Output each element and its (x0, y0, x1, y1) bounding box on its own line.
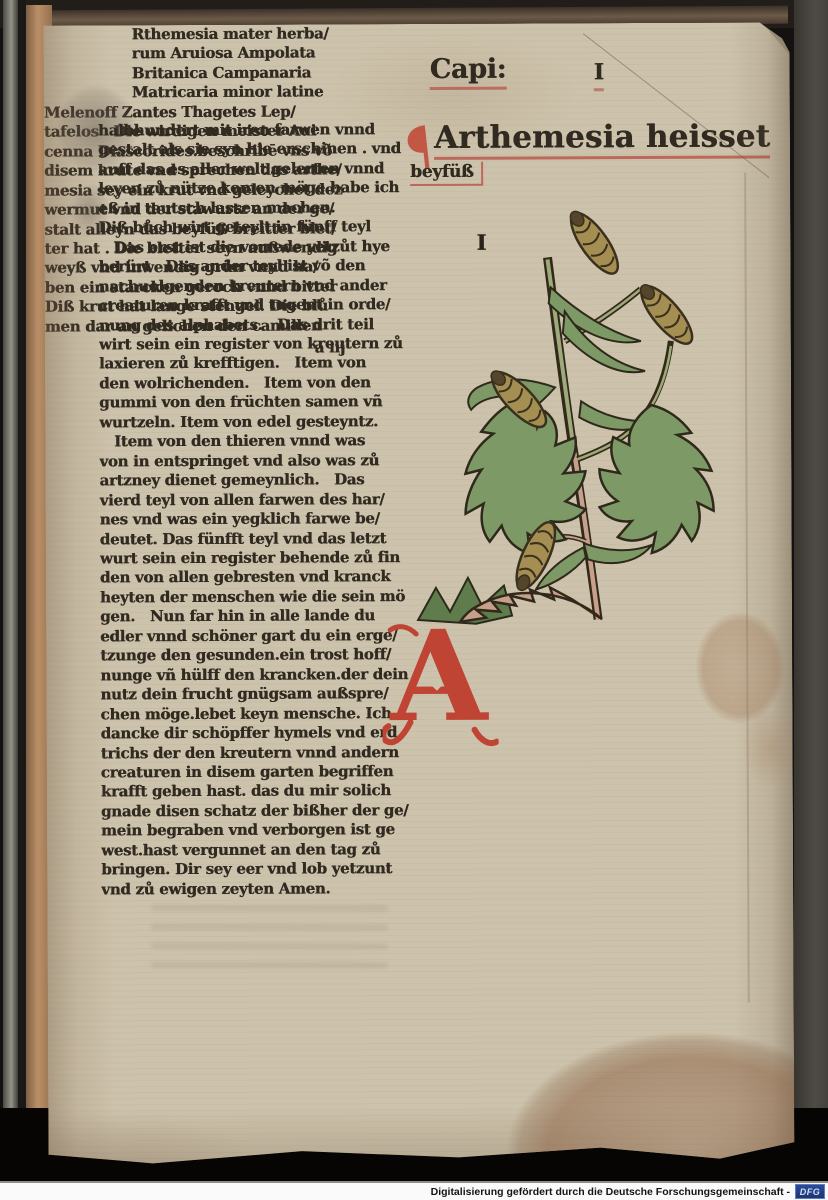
illuminated-initial: A (382, 582, 499, 761)
artemisia-woodcut: I (414, 190, 766, 626)
book-scan: Capi: I Arthemesia heisset beyfüß halbhu… (0, 0, 828, 1200)
chapter-title: Arthemesia heisset (434, 118, 770, 159)
woodcut-figure-number: I (476, 230, 486, 255)
folio-number: I (594, 59, 604, 91)
credit-text: Digitalisierung gefördert durch die Deut… (431, 1186, 790, 1198)
initial-letter: A (389, 604, 490, 750)
manuscript-page: Capi: I Arthemesia heisset beyfüß halbhu… (43, 22, 794, 1177)
book-cover-edge (3, 0, 18, 1162)
ink-showthrough (151, 905, 387, 978)
plant-illustration-icon (414, 190, 766, 626)
chapter-opening-lines: Rthemesia mater herba/ rum Aruiosa Ampol… (43, 24, 379, 103)
binding-gap (18, 0, 26, 1160)
digitization-credit-bar: Digitalisierung gefördert durch die Deut… (0, 1181, 828, 1200)
chapter-heading: Capi: (430, 54, 507, 90)
scan-background-right (794, 0, 828, 1200)
left-text-column: halbhundert mit iren farwen vnnd gestalt… (98, 120, 435, 905)
dfg-logo-icon: DFG (795, 1184, 825, 1199)
